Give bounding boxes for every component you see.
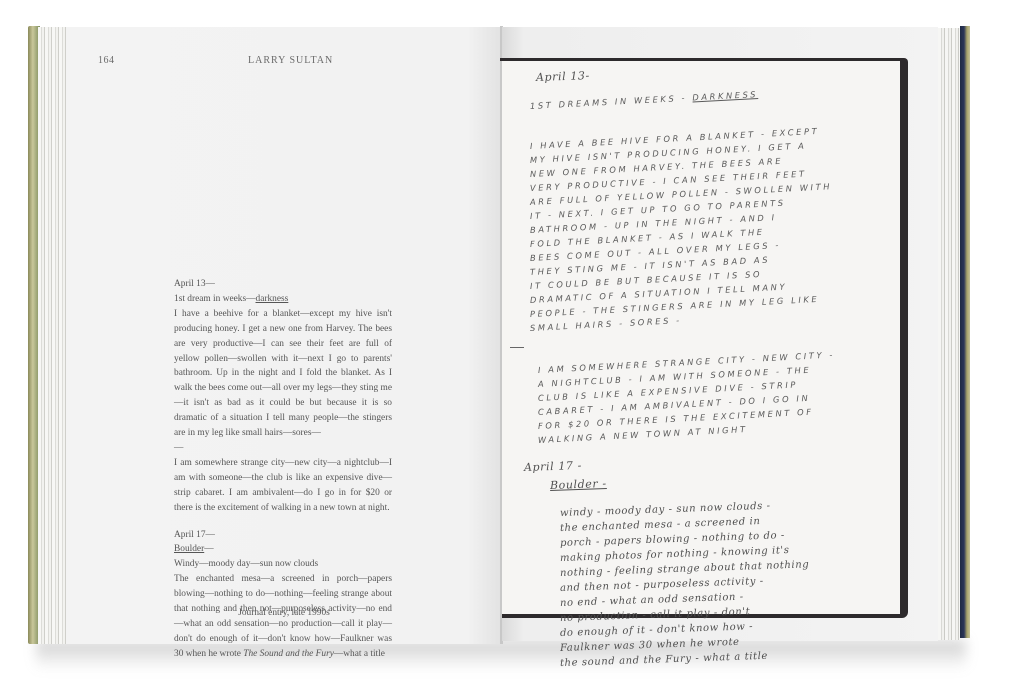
handwritten-date: April 13-	[536, 69, 590, 85]
page-number: 164	[98, 55, 115, 66]
handwritten-subtitle-text: 1st Dreams in weeks -	[530, 93, 688, 111]
handwritten-place-text: Boulder -	[550, 477, 607, 492]
handwritten-separator	[510, 347, 524, 348]
page-edges-left	[38, 27, 68, 644]
handwritten-date: April 17 -	[524, 459, 582, 475]
entry-separator: —	[174, 441, 392, 456]
entry-subtitle: 1st dream in weeks—darkness	[174, 292, 392, 307]
handwritten-place: Boulder -	[550, 477, 607, 493]
right-page: April 13- 1st Dreams in weeks - darkness…	[502, 27, 938, 641]
entry-paragraph: I have a beehive for a blanket—except my…	[174, 307, 392, 441]
handwritten-subtitle-underlined: darkness	[692, 89, 758, 102]
entry-subtitle-suffix: —	[204, 544, 213, 554]
entry-line: Windy—moody day—sun now clouds	[174, 557, 392, 572]
entry-subtitle-text: 1st dream in weeks—	[174, 294, 256, 304]
entry-paragraph-end: —what a title	[334, 649, 385, 659]
caption: Journal entry, late 1990s	[66, 608, 502, 618]
handwritten-subtitle: 1st Dreams in weeks - darkness	[530, 87, 759, 113]
entry-date: April 13—	[174, 277, 392, 292]
notebook-photo: April 13- 1st Dreams in weeks - darkness…	[502, 58, 908, 618]
entry-subtitle: Boulder—	[174, 542, 392, 557]
entry-spacer	[174, 516, 392, 528]
running-head-author: LARRY SULTAN	[248, 55, 333, 66]
entry-subtitle-underlined: Boulder	[174, 544, 204, 554]
entry-date: April 17—	[174, 528, 392, 543]
book-cover-right-edge	[960, 26, 970, 638]
entry-subtitle-underlined: darkness	[256, 294, 289, 304]
book-title-italic: The Sound and the Fury	[243, 649, 334, 659]
journal-transcription: April 13— 1st dream in weeks—darkness I …	[174, 277, 392, 662]
left-page: 164 LARRY SULTAN April 13— 1st dream in …	[66, 27, 502, 644]
page-edges-right	[938, 28, 960, 640]
entry-paragraph: I am somewhere strange city—new city—a n…	[174, 456, 392, 516]
open-book: 164 LARRY SULTAN April 13— 1st dream in …	[28, 26, 972, 646]
